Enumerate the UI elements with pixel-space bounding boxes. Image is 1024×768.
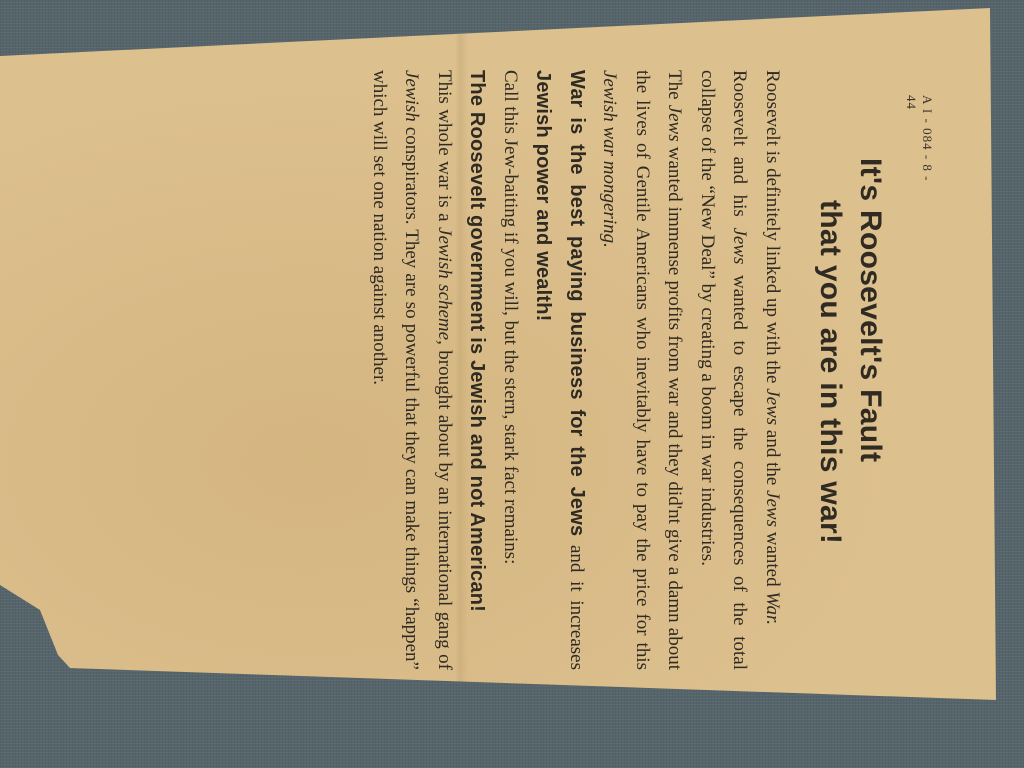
text-segment: Jews: [665, 105, 686, 142]
text-segment: conspirators. They are so powerful that …: [369, 70, 423, 670]
text-segment: brought about by an international gang o…: [434, 345, 455, 670]
text-segment: wanted: [762, 527, 783, 591]
text-segment: War.: [762, 591, 783, 625]
text-segment: Jewish war mongering.: [600, 70, 621, 248]
text-segment: The: [665, 70, 686, 105]
leaflet-title-line-1: It's Roosevelt's Fault: [850, 158, 890, 670]
leaflet-title-line-2: that you are in this war!: [810, 200, 850, 670]
text-segment: The Roosevelt government is Jewish and n…: [467, 70, 489, 612]
paragraph-4: War is the best paying business for the …: [526, 70, 593, 670]
text-segment: Jews: [762, 388, 783, 425]
text-segment: and the: [762, 425, 783, 490]
text-segment: War is the best paying business for the …: [566, 70, 588, 536]
paragraph-7: This whole war is a Jewish scheme, broug…: [363, 70, 461, 670]
text-segment: Jews: [730, 227, 751, 264]
text-segment: Roosevelt and his: [730, 70, 751, 227]
leaflet-content: It's Roosevelt's Fault that you are in t…: [90, 70, 890, 670]
paragraph-6: The Roosevelt government is Jewish and n…: [460, 70, 494, 670]
text-segment: Jewish: [402, 70, 423, 122]
reference-code: A I - 084 - 8 - 44: [903, 95, 935, 184]
paragraph-2: Roosevelt and his Jews wanted to escape …: [691, 70, 756, 670]
paragraph-1: Roosevelt is definitely linked up with t…: [756, 70, 789, 670]
text-segment: Jewish scheme,: [434, 227, 455, 345]
text-segment: Jewish power and wealth!: [533, 70, 555, 322]
leaflet-body: Roosevelt is definitely linked up with t…: [363, 70, 789, 670]
text-segment: wanted immense profits from war and they…: [632, 70, 686, 670]
leaflet-paper: It's Roosevelt's Fault that you are in t…: [0, 0, 1024, 768]
text-segment: Call this Jew-baiting if you will, but t…: [500, 70, 521, 564]
text-segment: Jews: [762, 490, 783, 527]
text-segment: Roosevelt is definitely linked up with t…: [762, 70, 783, 388]
text-segment: This whole war is a: [434, 70, 455, 227]
paragraph-5: Call this Jew-baiting if you will, but t…: [494, 70, 527, 670]
paragraph-3: The Jews wanted immense profits from war…: [593, 70, 691, 670]
text-segment: and it increases: [566, 536, 587, 670]
